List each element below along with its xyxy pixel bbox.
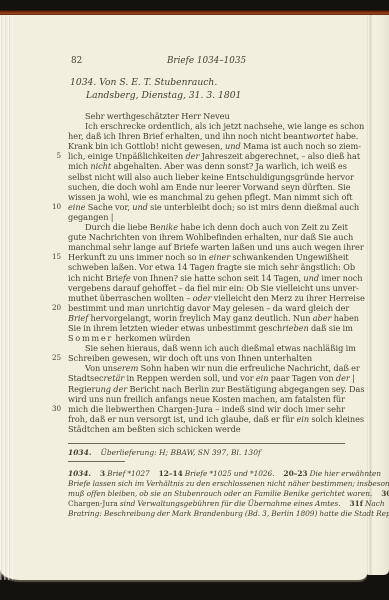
text-segment: froh, daß er nun versorgt ist, und ich g… bbox=[68, 414, 296, 424]
margin-line-number bbox=[41, 222, 68, 232]
text-segment: Ich erschrecke ordentlich, als ich jetzt… bbox=[85, 121, 364, 131]
text-line: Krank bin ich Gottlob! nicht gewesen, un… bbox=[41, 141, 345, 151]
text-line: 5lich, einige Unpäßlichkeiten der Jahres… bbox=[41, 151, 345, 161]
text-segment: efe bbox=[118, 273, 131, 283]
margin-line-number bbox=[41, 273, 68, 283]
line-text: Städtchen am beßten sich schicken werde bbox=[68, 424, 345, 434]
book-page: 82 Briefe 1034–1035 1034. Von S. E. T. S… bbox=[0, 15, 367, 580]
margin-line-number bbox=[41, 363, 68, 373]
text-segment: lich, einige Unpäßlichkeiten bbox=[68, 151, 185, 161]
line-text: Herkunft zu uns immer noch so in einer s… bbox=[68, 252, 345, 262]
letter-heading-line2: Landsberg, Dienstag, 31. 3. 1801 bbox=[86, 90, 241, 101]
margin-line-number bbox=[41, 172, 68, 182]
text-line: 30mich die liebwerthen Chargen-Jura – in… bbox=[41, 404, 345, 414]
margin-line-number bbox=[41, 373, 68, 383]
text-segment: Städtchen am beßten sich schicken werde bbox=[68, 424, 241, 434]
line-text: bestimmt und man unrichtig davor May gel… bbox=[68, 303, 345, 313]
apparatus-rule-long bbox=[68, 443, 345, 444]
text-segment: Sehr werthgeschätzter Herr Neveu bbox=[85, 111, 230, 121]
line-text: wissen ja wohl, wie es manchmal zu gehen… bbox=[68, 192, 345, 202]
line-text: Ich erschrecke ordentlich, als ich jetzt… bbox=[68, 121, 345, 131]
text-segment: schweben laßen. Vor etwa 14 Tage bbox=[68, 262, 209, 272]
text-segment: suchen, die doch wohl am Ende nur leerer… bbox=[68, 182, 351, 192]
letter-body: Sehr werthgeschätzter Herr NeveuIch ersc… bbox=[41, 111, 345, 434]
line-text: schweben laßen. Vor etwa 14 Tagen fragte… bbox=[68, 262, 345, 272]
margin-line-number bbox=[41, 121, 68, 131]
text-segment: der bbox=[336, 373, 350, 383]
text-line: Sie in ihrem letzten wieder etwas unbest… bbox=[41, 323, 345, 333]
text-segment: eine bbox=[68, 202, 85, 212]
text-segment: wortet bbox=[306, 131, 333, 141]
text-segment: nike bbox=[161, 222, 179, 232]
text-segment: 30 bbox=[381, 489, 389, 498]
line-text: manchmal sehr lange auf Briefe warten la… bbox=[68, 242, 345, 252]
book-scan: 82 Briefe 1034–1035 1034. Von S. E. T. S… bbox=[0, 0, 389, 600]
line-text: Durch die liebe Benike habe ich denn doc… bbox=[68, 222, 345, 232]
margin-line-number bbox=[41, 192, 68, 202]
transmission-text: 1034.Überlieferung: H; BBAW, SN 397, Bl.… bbox=[68, 448, 261, 457]
margin-line-number bbox=[41, 424, 68, 434]
text-segment: selbst nicht will also auch lieber keine… bbox=[68, 172, 354, 182]
text-segment: gegangen | bbox=[68, 212, 113, 222]
margin-line-number bbox=[41, 313, 68, 323]
text-segment: gute Nachrichten von ihrem Wohlbefinden … bbox=[68, 232, 353, 242]
margin-line-number bbox=[41, 394, 68, 404]
text-line: 15Herkunft zu uns immer noch so in einer… bbox=[41, 252, 345, 262]
page-edge-striations bbox=[0, 15, 13, 580]
text-segment: wird uns nun freilich anfangs neue Koste… bbox=[68, 394, 345, 404]
text-segment: habe. bbox=[333, 131, 358, 141]
line-text: gegangen | bbox=[68, 212, 345, 222]
text-segment: einer bbox=[209, 252, 230, 262]
line-text: mich nicht abgehalten. Aber was denn son… bbox=[68, 161, 345, 171]
text-line: gegangen | bbox=[41, 212, 345, 222]
text-segment: Brief *1027 bbox=[107, 469, 150, 478]
margin-line-number bbox=[41, 141, 68, 151]
text-segment: Von uns bbox=[85, 363, 117, 373]
margin-line-number bbox=[41, 262, 68, 272]
text-segment: und bbox=[303, 273, 319, 283]
text-segment: hervorgelangt, worin freylich May ganz d… bbox=[88, 313, 313, 323]
page-number: 82 bbox=[71, 56, 82, 66]
text-segment: Sie sehen hieraus, daß wenn ich auch die… bbox=[85, 343, 356, 353]
text-segment: muthet überraschen wollten – bbox=[68, 293, 193, 303]
margin-line-number bbox=[41, 293, 68, 303]
text-segment: Brief bbox=[68, 313, 88, 323]
line-text: her, daß ich Ihren Brief erhalten, und i… bbox=[68, 131, 345, 141]
text-line: 20bestimmt und man unrichtig davor May g… bbox=[41, 303, 345, 313]
text-segment: fragte sie mich sehr ängstlich: Ob bbox=[215, 262, 355, 272]
text-line: gute Nachrichten von ihrem Wohlbefinden … bbox=[41, 232, 345, 242]
text-line: her, daß ich Ihren Brief erhalten, und i… bbox=[41, 131, 345, 141]
text-line: suchen, die doch wohl am Ende nur leerer… bbox=[41, 182, 345, 192]
text-segment: Sommer bbox=[68, 333, 113, 343]
text-line: Ich erschrecke ordentlich, als ich jetzt… bbox=[41, 121, 345, 131]
text-segment: Jahreszeit abgerechnet, – also dieß hat bbox=[199, 151, 360, 161]
text-line: Sehr werthgeschätzter Herr Neveu bbox=[41, 111, 345, 121]
text-line: mich nicht abgehalten. Aber was denn son… bbox=[41, 161, 345, 171]
text-segment: von Ihnen? sie hatte schon seit 14 Tagen… bbox=[131, 273, 304, 283]
apparatus-line: Bratring: Beschreibung der Mark Brandenb… bbox=[68, 509, 345, 519]
text-line: ich nicht Briefe von Ihnen? sie hatte sc… bbox=[41, 273, 345, 283]
text-segment: in Reppen werden soll, und vor bbox=[124, 373, 256, 383]
text-line: Sie sehen hieraus, daß wenn ich auch die… bbox=[41, 343, 345, 353]
text-segment: oder bbox=[193, 293, 212, 303]
text-segment: 1034. bbox=[68, 448, 92, 457]
text-segment: nicht bbox=[90, 161, 111, 171]
text-segment: 1034. bbox=[68, 469, 91, 478]
text-segment: | bbox=[350, 373, 355, 383]
line-text: Stadtsecretär in Reppen werden soll, und… bbox=[68, 373, 345, 383]
margin-line-number bbox=[41, 333, 68, 343]
text-line: vergebens darauf gehoffet – da fiel mir … bbox=[41, 283, 345, 293]
text-segment: Stadtsec bbox=[68, 373, 104, 383]
letter-heading-line1: 1034. Von S. E. T. Stubenrauch. bbox=[70, 77, 217, 88]
margin-line-number bbox=[41, 414, 68, 424]
text-segment: 20–23 bbox=[284, 469, 308, 478]
text-segment: unrichtig davor May gelesen – da ward gl… bbox=[145, 303, 350, 313]
text-line: wissen ja wohl, wie es manchmal zu gehen… bbox=[41, 192, 345, 202]
line-text: Von unserem Sohn haben wir nun die erfre… bbox=[68, 363, 345, 373]
margin-line-number: 15 bbox=[41, 252, 68, 262]
text-line: schweben laßen. Vor etwa 14 Tagen fragte… bbox=[41, 262, 345, 272]
line-text: Sommer herkomen würden bbox=[68, 333, 345, 343]
text-segment: Briefe *1025 und *1026. bbox=[185, 469, 275, 478]
text-segment: Regier bbox=[68, 384, 95, 394]
text-line: froh, daß er nun versorgt ist, und ich g… bbox=[41, 414, 345, 424]
line-text: vergebens darauf gehoffet – da fiel mir … bbox=[68, 283, 345, 293]
text-segment: Sohn haben wir nun die erfreuliche Nachr… bbox=[138, 363, 360, 373]
text-segment: paar Tagen von bbox=[268, 373, 335, 383]
text-line: Durch die liebe Benike habe ich denn doc… bbox=[41, 222, 345, 232]
margin-line-number bbox=[41, 384, 68, 394]
text-segment: Bratring: Beschreibung der Mark Brandenb… bbox=[68, 509, 389, 518]
text-segment: ich nicht Bri bbox=[68, 273, 118, 283]
text-segment: der bbox=[113, 384, 127, 394]
critical-apparatus: 1034.3 Brief *102712–14 Briefe *1025 und… bbox=[68, 469, 345, 519]
text-segment: Schreiben gewesen, wir doch oft uns von … bbox=[68, 353, 312, 363]
text-segment: sind Verwaltungsgebühren für die Übernah… bbox=[120, 499, 341, 508]
margin-line-number bbox=[41, 232, 68, 242]
text-segment: solch kleines bbox=[309, 414, 364, 424]
text-segment: Bericht nach Berlin zur Bestätigung abge… bbox=[127, 384, 364, 394]
text-line: Stadtsecretär in Reppen werden soll, und… bbox=[41, 373, 345, 383]
text-segment: Die hier erwähnten bbox=[310, 469, 381, 478]
margin-line-number bbox=[41, 323, 68, 333]
margin-line-number: 25 bbox=[41, 353, 68, 363]
transmission-note: 1034.Überlieferung: H; BBAW, SN 397, Bl.… bbox=[68, 448, 345, 458]
text-segment: ein bbox=[296, 414, 309, 424]
text-line: Von unserem Sohn haben wir nun die erfre… bbox=[41, 363, 345, 373]
text-segment: sie unterbleibt doch; so ist mirs denn d… bbox=[148, 202, 359, 212]
text-segment: mich die liebwerthen Chargen-Jura – inde… bbox=[68, 404, 345, 414]
text-line: wird uns nun freilich anfangs neue Koste… bbox=[41, 394, 345, 404]
text-segment: Sie in ihrem letzten wieder etwas unbest… bbox=[68, 323, 282, 333]
margin-line-number: 5 bbox=[41, 151, 68, 161]
text-line: 10eine Sache vor, und sie unterbleibt do… bbox=[41, 202, 345, 212]
text-segment: manchmal sehr lange auf Briefe warten la… bbox=[68, 242, 364, 252]
text-line: Regierung der Bericht nach Berlin zur Be… bbox=[41, 384, 345, 394]
margin-line-number bbox=[41, 111, 68, 121]
text-line: manchmal sehr lange auf Briefe warten la… bbox=[41, 242, 345, 252]
line-text: Krank bin ich Gottlob! nicht gewesen, un… bbox=[68, 141, 345, 151]
apparatus-line: Briefe lassen sich im Verhältnis zu den … bbox=[68, 479, 345, 489]
text-segment: rieben bbox=[282, 323, 308, 333]
apparatus-rule-short bbox=[68, 461, 125, 462]
text-segment: und bbox=[225, 141, 241, 151]
apparatus-line: 1034.3 Brief *102712–14 Briefe *1025 und… bbox=[68, 469, 345, 479]
text-line: Brief hervorgelangt, worin freylich May … bbox=[41, 313, 345, 323]
text-segment: mich bbox=[68, 161, 90, 171]
margin-line-number bbox=[41, 161, 68, 171]
line-text: Sie sehen hieraus, daß wenn ich auch die… bbox=[68, 343, 345, 353]
line-text: eine Sache vor, und sie unterbleibt doch… bbox=[68, 202, 345, 212]
text-segment: der bbox=[185, 151, 199, 161]
line-text: gute Nachrichten von ihrem Wohlbefinden … bbox=[68, 232, 345, 242]
line-text: wird uns nun freilich anfangs neue Koste… bbox=[68, 394, 345, 404]
text-segment: schwankenden Ungewißheit bbox=[230, 252, 349, 262]
line-text: froh, daß er nun versorgt ist, und ich g… bbox=[68, 414, 345, 424]
margin-line-number bbox=[41, 182, 68, 192]
text-segment: wissen ja wohl, wie es manchmal zu gehen… bbox=[68, 192, 353, 202]
text-segment: her, daß ich Ihren Brief erhalten, und i… bbox=[68, 131, 306, 141]
text-line: selbst nicht will also auch lieber keine… bbox=[41, 172, 345, 182]
text-segment: bestimmt und ma bbox=[68, 303, 139, 313]
line-text: Sie in ihrem letzten wieder etwas unbest… bbox=[68, 323, 345, 333]
margin-line-number bbox=[41, 343, 68, 353]
text-segment: Briefe lassen sich im Verhältnis zu den … bbox=[68, 479, 389, 488]
text-segment: 12–14 bbox=[159, 469, 183, 478]
text-segment: daß sie im bbox=[309, 323, 353, 333]
text-segment: Krank bin ich Gottlob! nicht gewesen, bbox=[68, 141, 225, 151]
apparatus-line: muß offen bleiben, ob sie an Stubenrauch… bbox=[68, 489, 345, 499]
text-segment: imer noch bbox=[319, 273, 362, 283]
text-segment: abgehalten. Aber was denn sonst? Ja warl… bbox=[111, 161, 347, 171]
text-segment: muß offen bleiben, ob sie an Stubenrauch… bbox=[68, 489, 372, 498]
line-text: ich nicht Briefe von Ihnen? sie hatte sc… bbox=[68, 273, 345, 283]
text-segment: habe ich denn doch auch von Zeit zu Zeit bbox=[178, 222, 348, 232]
line-text: lich, einige Unpäßlichkeiten der Jahresz… bbox=[68, 151, 345, 161]
apparatus-line: Chargen-Jura sind Verwaltungsgebühren fü… bbox=[68, 499, 345, 509]
line-text: muthet überraschen wollten – oder vielle… bbox=[68, 293, 345, 303]
line-text: Sehr werthgeschätzter Herr Neveu bbox=[68, 111, 345, 121]
text-segment: Durch die liebe Be bbox=[85, 222, 161, 232]
text-segment: Überlieferung: H; BBAW, SN 397, Bl. 130f bbox=[101, 448, 261, 457]
margin-line-number bbox=[41, 212, 68, 222]
text-line: 25Schreiben gewesen, wir doch oft uns vo… bbox=[41, 353, 345, 363]
text-segment: vielleicht den Merz zu ihrer Herreise bbox=[211, 293, 364, 303]
margin-line-number: 10 bbox=[41, 202, 68, 212]
running-title: Briefe 1034–1035 bbox=[68, 56, 345, 66]
text-line: Sommer herkomen würden bbox=[41, 333, 345, 343]
margin-line-number: 30 bbox=[41, 404, 68, 414]
line-text: selbst nicht will also auch lieber keine… bbox=[68, 172, 345, 182]
text-segment: Nach bbox=[365, 499, 385, 508]
margin-line-number bbox=[41, 242, 68, 252]
line-text: mich die liebwerthen Chargen-Jura – inde… bbox=[68, 404, 345, 414]
text-line: muthet überraschen wollten – oder vielle… bbox=[41, 293, 345, 303]
margin-line-number bbox=[41, 283, 68, 293]
text-line: Städtchen am beßten sich schicken werde bbox=[41, 424, 345, 434]
text-segment: aber bbox=[313, 313, 332, 323]
line-text: Brief hervorgelangt, worin freylich May … bbox=[68, 313, 345, 323]
text-segment: erem bbox=[117, 363, 138, 373]
text-segment: Herkunft zu uns immer noch so in bbox=[68, 252, 209, 262]
text-segment: und bbox=[132, 202, 148, 212]
margin-line-number: 20 bbox=[41, 303, 68, 313]
line-text: suchen, die doch wohl am Ende nur leerer… bbox=[68, 182, 345, 192]
text-segment: herkomen würden bbox=[113, 333, 190, 343]
text-segment: retär bbox=[104, 373, 125, 383]
text-segment: vergebens darauf gehoffet – da fiel mir … bbox=[68, 283, 359, 293]
text-segment: 31f bbox=[350, 499, 363, 508]
text-segment: ung bbox=[95, 384, 111, 394]
line-text: Schreiben gewesen, wir doch oft uns von … bbox=[68, 353, 345, 363]
text-segment: Mama ist auch noch so ziem- bbox=[241, 141, 361, 151]
running-header: 82 Briefe 1034–1035 bbox=[68, 56, 345, 68]
text-segment: Sache vor, bbox=[85, 202, 132, 212]
line-text: Regierung der Bericht nach Berlin zur Be… bbox=[68, 384, 345, 394]
text-segment: haben bbox=[331, 313, 359, 323]
text-segment: ein bbox=[256, 373, 269, 383]
text-segment: Chargen-Jura bbox=[68, 499, 120, 508]
margin-line-number bbox=[41, 131, 68, 141]
